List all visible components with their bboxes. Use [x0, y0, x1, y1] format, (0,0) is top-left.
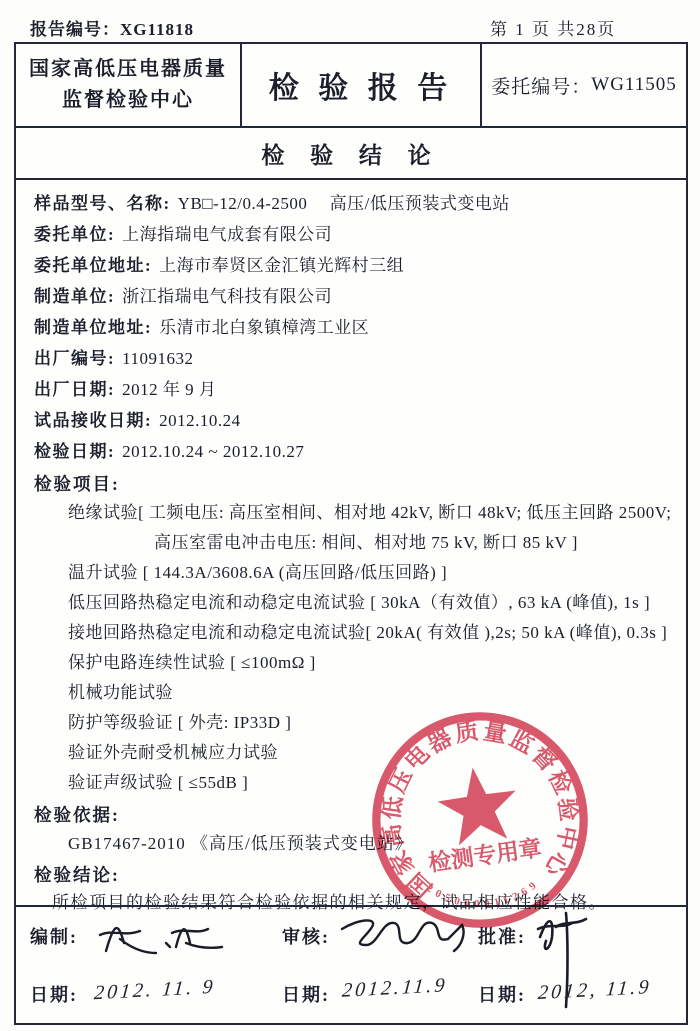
field-value: 上海指瑞电气成套有限公司 — [122, 225, 332, 244]
field-factory-number: 出厂编号:11091632 — [26, 343, 676, 374]
field-label: 制造单位: — [34, 287, 115, 306]
field-label: 试品接收日期: — [34, 411, 152, 430]
field-value: 2012.10.24 ~ 2012.10.27 — [122, 442, 304, 461]
report-number: 报告编号：XG11818 — [30, 15, 194, 40]
org-name: 国家高低压电器质量 监督检验中心 — [16, 44, 242, 126]
field-label: 委托单位: — [34, 225, 115, 244]
reviewed-signature-scribble — [338, 909, 478, 959]
header-table: 国家高低压电器质量 监督检验中心 检 验 报 告 委托编号：WG11505 — [16, 44, 686, 128]
test-item: 绝缘试验[ 工频电压: 高压室相间、相对地 42kV, 断口 48kV; 低压主… — [26, 498, 676, 528]
field-manufacturer: 制造单位:浙江指瑞电气科技有限公司 — [26, 281, 676, 312]
section-title: 检 验 结 论 — [16, 128, 686, 180]
basis-standard: GB17467-2010 《高压/低压预装式变电站》 — [26, 829, 676, 858]
test-item: 低压回路热稳定电流和动稳定电流试验 [ 30kA（有效值）, 63 kA (峰值… — [26, 588, 676, 618]
field-value: 2012.10.24 — [159, 411, 241, 430]
approved-label: 批准: — [478, 923, 526, 949]
field-label: 检验日期: — [34, 442, 115, 461]
field-label: 样品型号、名称: — [34, 194, 171, 213]
prepared-label: 编制: — [30, 923, 78, 949]
field-factory-date: 出厂日期:2012 年 9 月 — [26, 374, 676, 405]
field-value: 乐清市北白象镇樟湾工业区 — [159, 318, 369, 337]
prepared-signature-scribble — [90, 913, 230, 961]
test-items-heading: 检验项目: — [26, 471, 676, 498]
test-item: 温升试验 [ 144.3A/3608.6A (高压回路/低压回路) ] — [26, 558, 676, 588]
basis-heading: 检验依据: — [26, 802, 676, 829]
report-number-label: 报告编号： — [30, 20, 120, 39]
report-number-value: XG11818 — [120, 20, 194, 39]
test-item: 保护电路连续性试验 [ ≤100mΩ ] — [26, 648, 676, 678]
field-sample-model: 样品型号、名称:YB□-12/0.4-2500 高压/低压预装式变电站 — [26, 188, 676, 219]
test-item: 防护等级验证 [ 外壳: IP33D ] — [26, 708, 676, 738]
report-body: 样品型号、名称:YB□-12/0.4-2500 高压/低压预装式变电站 委托单位… — [16, 180, 686, 916]
reviewed-date-value: 2012.11.9 — [341, 974, 448, 1003]
field-value: 上海市奉贤区金汇镇光辉村三组 — [159, 256, 404, 275]
field-label: 出厂日期: — [34, 380, 115, 399]
field-inspection-date: 检验日期:2012.10.24 ~ 2012.10.27 — [26, 436, 676, 467]
commission-number-value: WG11505 — [591, 74, 676, 96]
signature-block: 编制: 审核: 批准: 日期: 2012. 11. 9 日期: 2012.11.… — [16, 907, 686, 1023]
org-name-line2: 监督检验中心 — [62, 85, 194, 116]
field-manufacturer-address: 制造单位地址:乐清市北白象镇樟湾工业区 — [26, 312, 676, 343]
document-frame: 国家高低压电器质量 监督检验中心 检 验 报 告 委托编号：WG11505 检 … — [14, 42, 688, 1025]
field-value: 2012 年 9 月 — [122, 380, 216, 399]
prepared-date-label: 日期: — [30, 981, 78, 1007]
field-value: 11091632 — [122, 349, 193, 368]
commission-number-label: 委托编号： — [491, 72, 591, 99]
field-client-address: 委托单位地址:上海市奉贤区金汇镇光辉村三组 — [26, 250, 676, 281]
test-item: 验证外壳耐受机械应力试验 — [26, 738, 676, 768]
field-value: YB□-12/0.4-2500 高压/低压预装式变电站 — [178, 194, 510, 213]
field-client: 委托单位:上海指瑞电气成套有限公司 — [26, 219, 676, 250]
prepared-date-value: 2012. 11. 9 — [93, 976, 216, 1005]
field-receive-date: 试品接收日期:2012.10.24 — [26, 405, 676, 436]
conclusion-heading: 检验结论: — [26, 862, 676, 889]
field-value: 浙江指瑞电气科技有限公司 — [122, 287, 332, 306]
org-name-line1: 国家高低压电器质量 — [29, 54, 227, 85]
field-label: 出厂编号: — [34, 349, 115, 368]
test-item: 机械功能试验 — [26, 678, 676, 708]
test-item-continuation: 高压室雷电冲击电压: 相间、相对地 75 kV, 断口 85 kV ] — [26, 528, 676, 558]
commission-number: 委托编号：WG11505 — [482, 44, 686, 126]
test-item: 验证声级试验 [ ≤55dB ] — [26, 768, 676, 798]
field-label: 制造单位地址: — [34, 318, 152, 337]
reviewed-date-label: 日期: — [282, 981, 330, 1007]
approved-date-value: 2012, 11.9 — [537, 976, 652, 1005]
page-indicator: 第 1 页 共28页 — [490, 15, 616, 40]
approved-date-label: 日期: — [478, 981, 526, 1007]
field-label: 委托单位地址: — [34, 256, 152, 275]
document-title: 检 验 报 告 — [242, 44, 482, 126]
test-item: 接地回路热稳定电流和动稳定电流试验[ 20kA( 有效值 ),2s; 50 kA… — [26, 618, 676, 648]
reviewed-label: 审核: — [282, 923, 330, 949]
